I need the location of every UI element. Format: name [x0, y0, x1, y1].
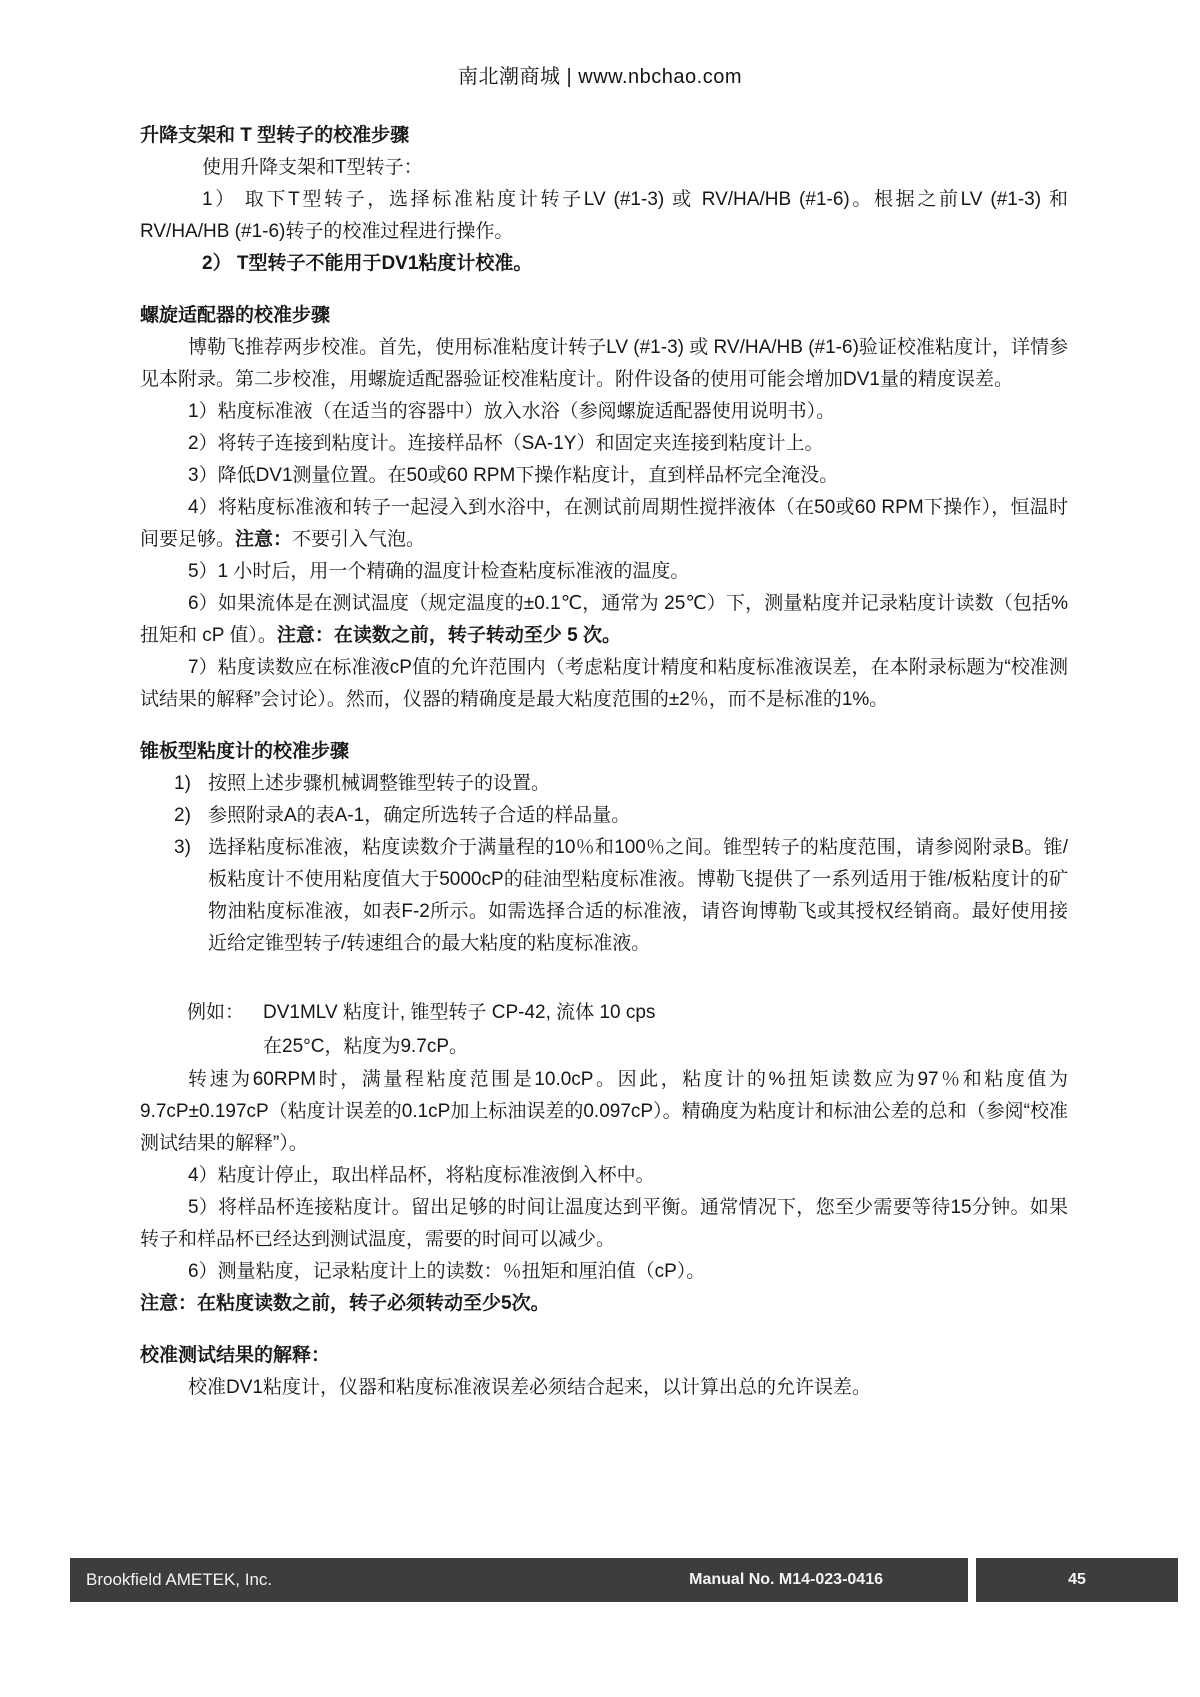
- list-item-cone-6: 6）测量粘度，记录粘度计上的读数：％扭矩和厘泊值（cP）。: [140, 1256, 1068, 1288]
- list-number: 2): [174, 800, 208, 832]
- list-item-spiral-5: 5）1 小时后，用一个精确的温度计检查粘度标准液的温度。: [140, 556, 1068, 588]
- footer-page-number-box: 45: [976, 1558, 1178, 1602]
- example-text: DV1MLV 粘度计, 锥型转子 CP-42, 流体 10 cps: [263, 1002, 655, 1023]
- list-item-text: 参照附录A的表A-1，确定所选转子合适的样品量。: [208, 805, 630, 826]
- page-number: 45: [1068, 1571, 1086, 1589]
- footer-manual-no: Manual No. M14-023-0416: [689, 1571, 883, 1589]
- paragraph-t-bar-intro: 使用升降支架和T型转子：: [140, 152, 1068, 184]
- list-item-text: 选择粘度标准液，粘度读数介于满量程的10％和100％之间。锥型转子的粘度范围，请…: [208, 837, 1068, 954]
- list-number: 3): [174, 832, 208, 864]
- section-heading-spiral: 螺旋适配器的校准步骤: [140, 300, 1068, 332]
- list-item-text: 按照上述步骤机械调整锥型转子的设置。: [208, 773, 550, 794]
- site-title: 南北潮商城 | www.nbchao.com: [458, 66, 742, 88]
- paragraph-interpretation: 校准DV1粘度计，仪器和粘度标准液误差必须结合起来，以计算出总的允许误差。: [140, 1372, 1068, 1404]
- paragraph-cone-calc: 转速为60RPM时，满量程粘度范围是10.0cP。因此，粘度计的%扭矩读数应为9…: [140, 1064, 1068, 1160]
- note-text: 注意：在读数之前，转子转动至少 5 次。: [277, 625, 621, 646]
- list-item-spiral-3: 3）降低DV1测量位置。在50或60 RPM下操作粘度计，直到样品杯完全淹没。: [140, 460, 1068, 492]
- list-item-t-bar-1: 1） 取下T型转子，选择标准粘度计转子LV (#1-3) 或 RV/HA/HB …: [140, 184, 1068, 248]
- example-label: 例如：: [187, 996, 263, 1030]
- list-item-cone-5: 5）将样品杯连接粘度计。留出足够的时间让温度达到平衡。通常情况下，您至少需要等待…: [140, 1192, 1068, 1256]
- section-heading-t-bar: 升降支架和 T 型转子的校准步骤: [140, 120, 1068, 152]
- list-item-text: 不要引入气泡。: [292, 529, 425, 550]
- paragraph-spiral-intro: 博勒飞推荐两步校准。首先，使用标准粘度计转子LV (#1-3) 或 RV/HA/…: [140, 332, 1068, 396]
- site-header: 南北潮商城 | www.nbchao.com: [0, 60, 1200, 89]
- footer-company: Brookfield AMETEK, Inc.: [86, 1570, 272, 1590]
- example-line-1: 例如：DV1MLV 粘度计, 锥型转子 CP-42, 流体 10 cps: [140, 996, 1068, 1030]
- example-block: 例如：DV1MLV 粘度计, 锥型转子 CP-42, 流体 10 cps 在25…: [140, 996, 1068, 1064]
- example-line-2: 在25°C，粘度为9.7cP。: [140, 1030, 1068, 1064]
- list-item-spiral-7: 7）粘度读数应在标准液cP值的允许范围内（考虑粘度计精度和粘度标准液误差，在本附…: [140, 652, 1068, 716]
- list-number: 1): [174, 768, 208, 800]
- note-label: 注意：: [235, 529, 292, 550]
- list-item-spiral-1: 1）粘度标准液（在适当的容器中）放入水浴（参阅螺旋适配器使用说明书）。: [140, 396, 1068, 428]
- document-content: 升降支架和 T 型转子的校准步骤 使用升降支架和T型转子： 1） 取下T型转子，…: [140, 120, 1068, 1404]
- footer-bar: Brookfield AMETEK, Inc. Manual No. M14-0…: [70, 1558, 968, 1602]
- section-heading-interpretation: 校准测试结果的解释：: [140, 1340, 1068, 1372]
- section-heading-cone: 锥板型粘度计的校准步骤: [140, 736, 1068, 768]
- list-item-cone-2: 2)参照附录A的表A-1，确定所选转子合适的样品量。: [140, 800, 1068, 832]
- list-item-cone-4: 4）粘度计停止，取出样品杯，将粘度标准液倒入杯中。: [140, 1160, 1068, 1192]
- note-text-cone: 注意：在粘度读数之前，转子必须转动至少5次。: [140, 1288, 1068, 1320]
- list-item-spiral-4: 4）将粘度标准液和转子一起浸入到水浴中，在测试前周期性搅拌液体（在50或60 R…: [140, 492, 1068, 556]
- list-item-cone-3: 3)选择粘度标准液，粘度读数介于满量程的10％和100％之间。锥型转子的粘度范围…: [140, 832, 1068, 960]
- list-item-t-bar-2: 2） T型转子不能用于DV1粘度计校准。: [140, 248, 1068, 280]
- document-page: 南北潮商城 | www.nbchao.com 升降支架和 T 型转子的校准步骤 …: [0, 0, 1200, 1697]
- list-item-spiral-6: 6）如果流体是在测试温度（规定温度的±0.1℃，通常为 25℃）下，测量粘度并记…: [140, 588, 1068, 652]
- list-item-spiral-2: 2）将转子连接到粘度计。连接样品杯（SA-1Y）和固定夹连接到粘度计上。: [140, 428, 1068, 460]
- list-item-cone-1: 1)按照上述步骤机械调整锥型转子的设置。: [140, 768, 1068, 800]
